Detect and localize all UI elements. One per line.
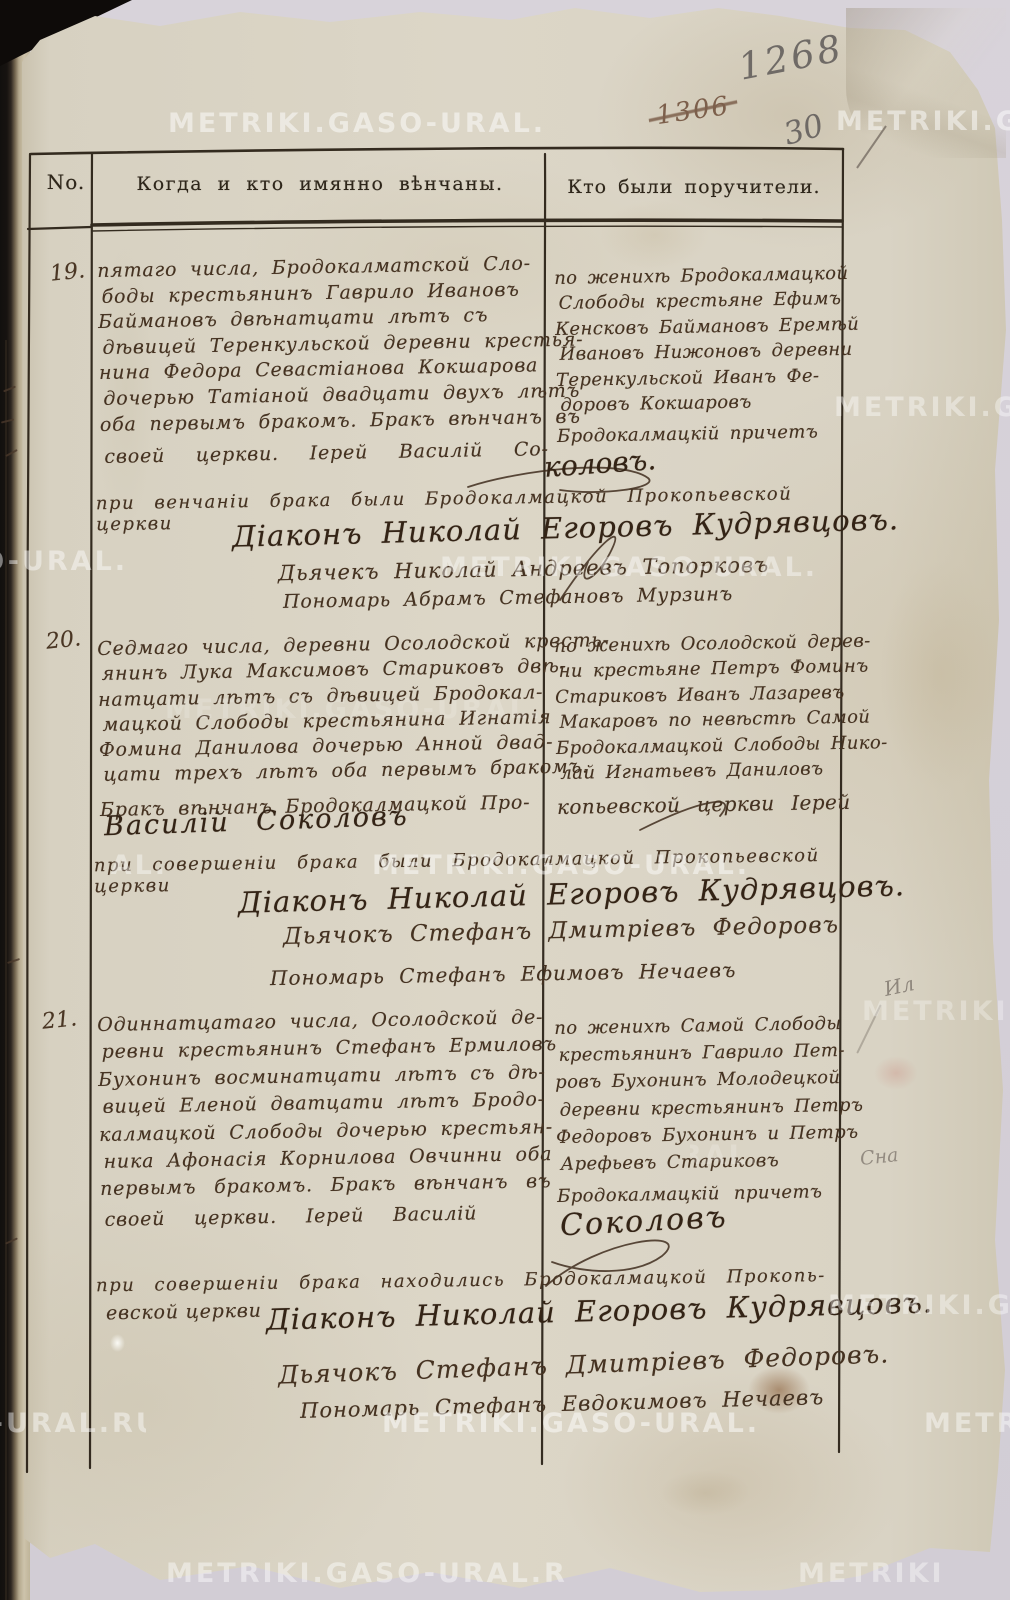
handwritten-line: Теренкульской Иванъ Фе- bbox=[556, 363, 848, 393]
entry-20-number: 20. bbox=[45, 626, 82, 655]
entry-21-witnesses: по женихѣ Самой Слободыкрестьянинъ Гаври… bbox=[554, 1010, 857, 1211]
pencil-margin-note: Сна bbox=[859, 1144, 899, 1170]
entry-19-witnesses: по женихѣ БродокалмацкойСлободы крестьян… bbox=[554, 261, 849, 450]
scanned-register-photo: No. Когда и кто имянно вѣнчаны. Кто были… bbox=[0, 0, 1010, 1600]
entry-20-witnesses: по женихѣ Осолодской дерев-ни крестьяне … bbox=[554, 629, 849, 821]
handwritten-line: лай Игнатьевъ Даниловъ bbox=[560, 756, 848, 786]
handwritten-line: Федоровъ Бухонинъ и Петръ bbox=[556, 1119, 856, 1151]
entry-19-record: пятаго числа, Бродокалматской Сло-боды к… bbox=[97, 251, 556, 471]
handwritten-line: доровъ Кокшаровъ bbox=[560, 388, 848, 418]
pen-stroke bbox=[857, 126, 886, 168]
handwritten-line: Арефьевъ Стариковъ bbox=[560, 1146, 856, 1178]
entry-21-clergy-line: евской церкви bbox=[106, 1300, 262, 1325]
entry-21-number: 21. bbox=[41, 1006, 78, 1035]
column-header-marriage: Когда и кто имянно вѣнчаны. bbox=[100, 173, 540, 195]
handwritten-line: Бродокалмацкій причетъ bbox=[557, 419, 849, 449]
entry-20-record: Седмаго числа, деревни Осолодской кресть… bbox=[97, 629, 555, 823]
column-header-witnesses: Кто были поручители. bbox=[550, 176, 838, 198]
handwritten-line: копьевской церкви Іерей bbox=[557, 790, 849, 820]
column-header-no: No. bbox=[40, 170, 92, 194]
entry-21-record: Одиннатцатаго числа, Осолодской де-ревни… bbox=[97, 1004, 556, 1234]
entry-19-number: 19. bbox=[49, 258, 86, 287]
